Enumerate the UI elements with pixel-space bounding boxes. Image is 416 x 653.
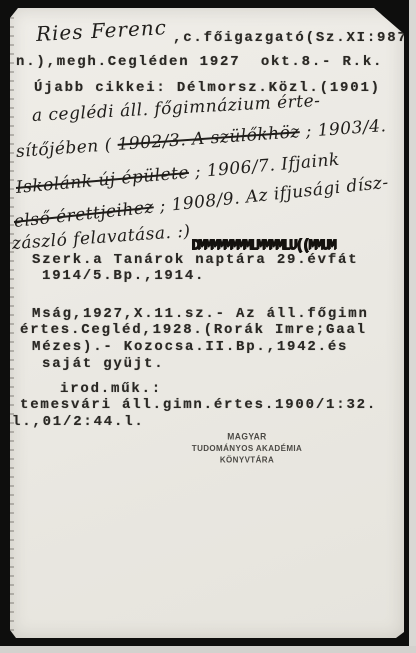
handwritten-line-2b-struck: 1902/3. A szülőkhöz: [117, 122, 300, 155]
index-card: Ries Ferenc ,c.főigazgató(Sz.XI:987 n.),…: [10, 8, 404, 638]
szerk-line-2: 1914/5.Bp.,1914.: [42, 268, 205, 284]
scan-edge-bottom: [0, 646, 416, 653]
scan-edge-right: [409, 0, 416, 653]
handwritten-line-3b: ; 1906/7. Ifjaink: [188, 150, 340, 183]
library-stamp: MAGYAR TUDOMÁNYOS AKADÉMIA KÖNYVTÁRA: [167, 431, 327, 466]
scanned-catalog-card: Ries Ferenc ,c.főigazgató(Sz.XI:987 n.),…: [0, 0, 416, 653]
typed-title-suffix: ,c.főigazgató(Sz.XI:987: [173, 30, 408, 46]
handwritten-line-2a: sítőjében (: [15, 135, 118, 162]
heading-line-1: Ries Ferenc ,c.főigazgató(Sz.XI:987: [36, 22, 408, 46]
szerk-line-1: Szerk.a Tanárok naptára 29.évfát: [32, 252, 358, 268]
library-stamp-line-2: TUDOMÁNYOS AKADÉMIA: [167, 443, 327, 455]
handwritten-name: Ries Ferenc: [35, 15, 167, 46]
handwritten-line-5-row: zászló felavatása. :) DMMMMMMMMLMMMMLU((…: [12, 234, 334, 254]
reference-line-3: Mézes).- Kozocsa.II.Bp.,1942.és: [32, 339, 348, 355]
handwritten-line-1: a ceglédi áll. főgimnázium érte-: [31, 91, 320, 126]
heading-line-2: n.),megh.Cegléden 1927 okt.8.- R.k.: [16, 54, 383, 70]
irod-line-3: l.,01/2:44.l.: [12, 414, 145, 430]
library-stamp-line-1: MAGYAR: [167, 431, 327, 443]
reference-line-1: Mság,1927,X.11.sz.- Az áll.főgimn: [32, 306, 369, 322]
handwritten-line-3a-struck: Iskolánk új épülete: [15, 163, 190, 198]
reference-line-2: értes.Cegléd,1928.(Rorák Imre;Gaal: [20, 322, 367, 338]
handwritten-line-2c: ; 1903/4.: [299, 116, 387, 142]
irod-line-2: temesvári áll.gimn.értes.1900/1:32.: [20, 397, 377, 413]
reference-line-4: saját gyüjt.: [42, 356, 164, 372]
heading-line-3: Újabb cikkei: Délmorsz.Közl.(1901): [34, 80, 381, 96]
irod-line-1: irod.műk.:: [60, 381, 162, 397]
library-stamp-line-3: KÖNYVTÁRA: [167, 454, 327, 466]
